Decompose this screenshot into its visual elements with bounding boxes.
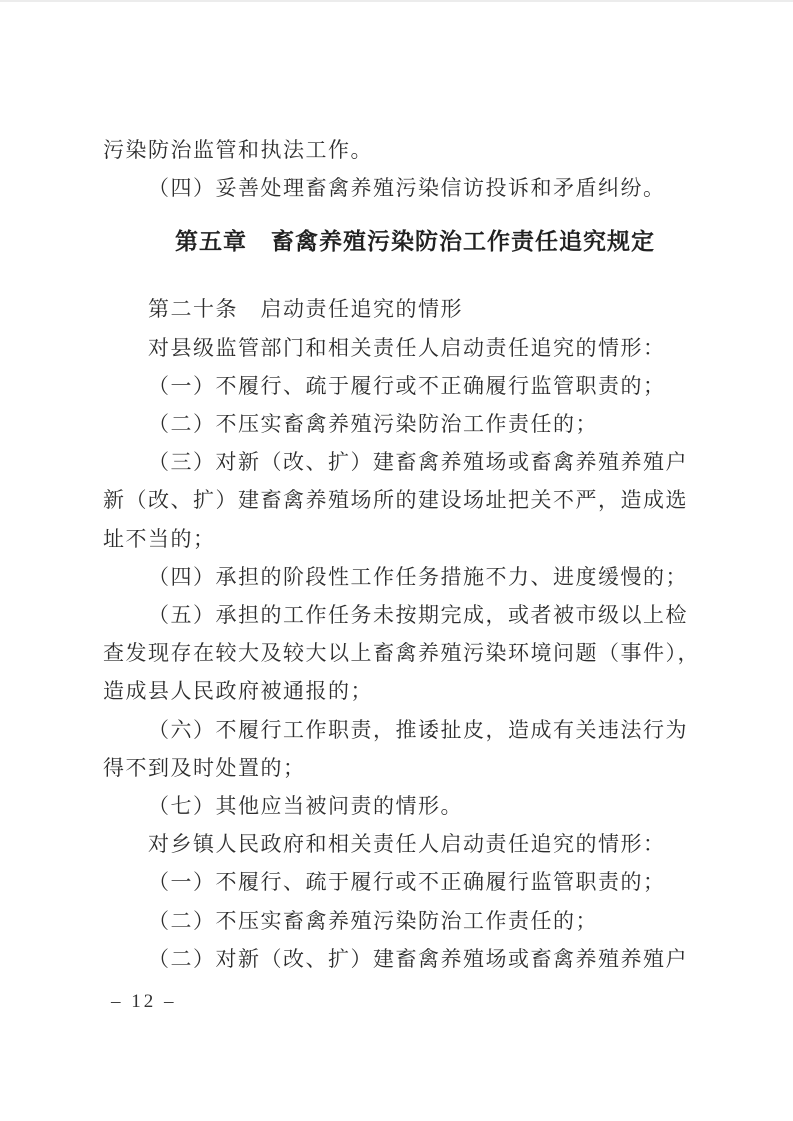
text-line-content: 污染防治监管和执法工作。 [103,138,373,162]
text-line: 址不当的； [103,520,727,558]
text-line: （四）承担的阶段性工作任务措施不力、进度缓慢的； [103,558,727,596]
text-line-content: 对乡镇人民政府和相关责任人启动责任追究的情形： [148,832,666,856]
page-number: – 12 – [111,991,177,1013]
text-line-content: （四）承担的阶段性工作任务措施不力、进度缓慢的； [148,565,688,589]
text-line-content: （二）不压实畜禽养殖污染防治工作责任的； [148,909,598,933]
text-line: （六）不履行工作职责，推诿扯皮，造成有关违法行为 [103,711,727,749]
text-line: （二）不压实畜禽养殖污染防治工作责任的； [103,405,727,443]
text-line-content: （二）对新（改、扩）建畜禽养殖场或畜禽养殖养殖户 [148,947,688,971]
text-line-content: （七）其他应当被问责的情形。 [148,794,463,818]
text-line-content: 对县级监管部门和相关责任人启动责任追究的情形： [148,336,666,360]
text-line-content: 新（改、扩）建畜禽养殖场所的建设场址把关不严，造成选 [103,488,688,512]
text-line: （七）其他应当被问责的情形。 [103,787,727,825]
text-line: （一）不履行、疏于履行或不正确履行监管职责的； [103,863,727,901]
text-line-content: （二）不压实畜禽养殖污染防治工作责任的； [148,412,598,436]
text-line-content: 造成县人民政府被通报的； [103,679,373,703]
intro-lines: 污染防治监管和执法工作。 （四）妥善处理畜禽养殖污染信访投诉和矛盾纠纷。 [103,131,727,207]
text-line: 查发现存在较大及较大以上畜禽养殖污染环境问题（事件）， [103,634,727,672]
text-line-content: （四）妥善处理畜禽养殖污染信访投诉和矛盾纠纷。 [148,176,666,200]
text-line-content: 得不到及时处置的； [103,756,306,780]
text-line: （三）对新（改、扩）建畜禽养殖场或畜禽养殖养殖户 [103,443,727,481]
text-line: （二）对新（改、扩）建畜禽养殖场或畜禽养殖养殖户 [103,940,727,978]
text-line: 新（改、扩）建畜禽养殖场所的建设场址把关不严，造成选 [103,481,727,519]
text-line-content: （一）不履行、疏于履行或不正确履行监管职责的； [148,870,666,894]
text-line-content: （五）承担的工作任务未按期完成，或者被市级以上检 [148,603,688,627]
scan-edge-artifact [0,0,793,2]
text-line-content: （六）不履行工作职责，推诿扯皮，造成有关违法行为 [148,718,688,742]
text-line: （一）不履行、疏于履行或不正确履行监管职责的； [103,367,727,405]
text-line: 得不到及时处置的； [103,749,727,787]
text-line-content: （三）对新（改、扩）建畜禽养殖场或畜禽养殖养殖户 [148,450,688,474]
text-line-content: 查发现存在较大及较大以上畜禽养殖污染环境问题（事件）， [103,641,700,665]
text-line: 对乡镇人民政府和相关责任人启动责任追究的情形： [103,825,727,863]
text-line-content: （一）不履行、疏于履行或不正确履行监管职责的； [148,374,666,398]
text-line-content: 第二十条 启动责任追究的情形 [148,297,463,321]
text-line: 污染防治监管和执法工作。 [103,131,727,169]
text-line: 造成县人民政府被通报的； [103,672,727,710]
chapter-heading: 第五章 畜禽养殖污染防治工作责任追究规定 [103,221,727,261]
text-line: （二）不压实畜禽养殖污染防治工作责任的； [103,902,727,940]
text-line: 对县级监管部门和相关责任人启动责任追究的情形： [103,329,727,367]
text-line-content: 址不当的； [103,527,216,551]
text-line: （五）承担的工作任务未按期完成，或者被市级以上检 [103,596,727,634]
text-line: （四）妥善处理畜禽养殖污染信访投诉和矛盾纠纷。 [103,169,727,207]
body-lines: 第二十条 启动责任追究的情形 对县级监管部门和相关责任人启动责任追究的情形： （… [103,290,727,978]
document-body: 污染防治监管和执法工作。 （四）妥善处理畜禽养殖污染信访投诉和矛盾纠纷。 第五章… [103,131,727,978]
document-page: 污染防治监管和执法工作。 （四）妥善处理畜禽养殖污染信访投诉和矛盾纠纷。 第五章… [0,0,793,1121]
text-line: 第二十条 启动责任追究的情形 [103,290,727,328]
